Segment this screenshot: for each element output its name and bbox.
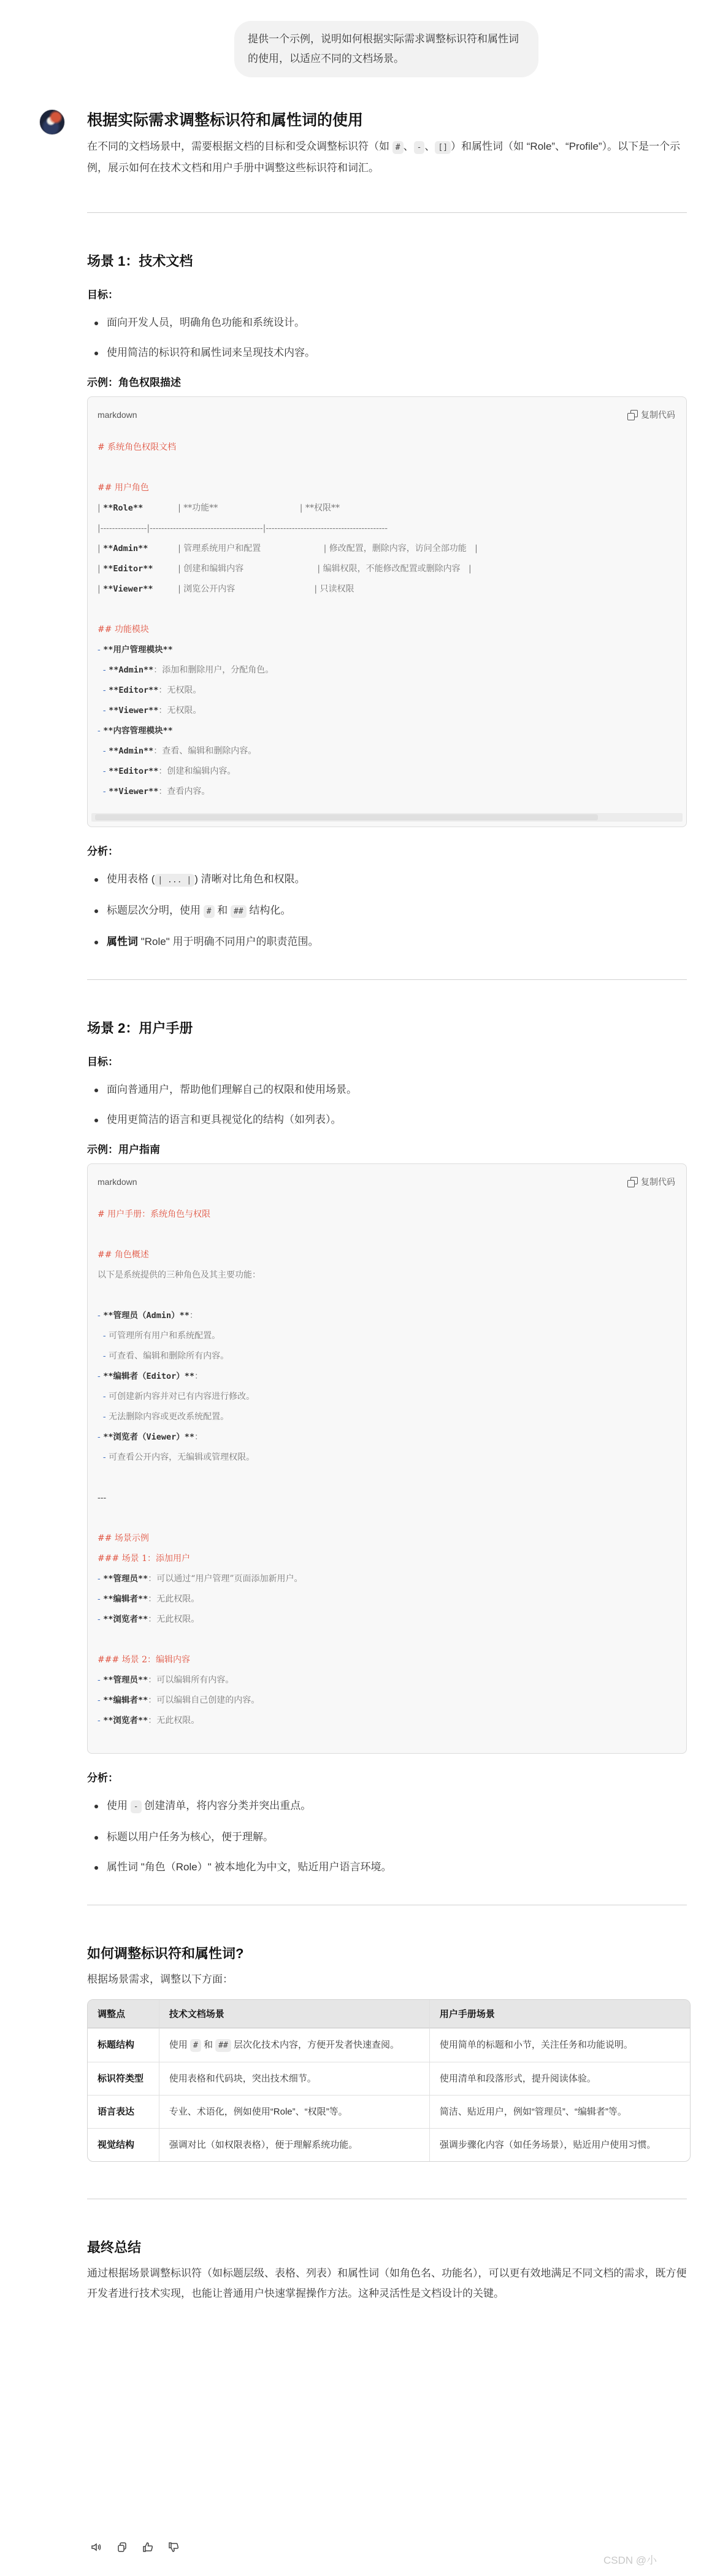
copy-icon — [116, 2541, 128, 2553]
code-line: - 可管理所有用户和系统配置。 — [98, 1326, 676, 1346]
code-line: # 系统角色权限文档 — [98, 438, 676, 458]
table-cell: 使用表格和代码块，突出技术细节。 — [159, 2062, 429, 2095]
list-item: 面向开发人员，明确角色功能和系统设计。 — [87, 312, 687, 333]
divider — [87, 212, 687, 213]
table-cell: 视觉结构 — [88, 2128, 159, 2161]
intro-sep: 、 — [424, 141, 435, 152]
inline-code: | ... | — [155, 874, 194, 887]
list-item: 使用更简洁的语言和更具视觉化的结构（如列表）。 — [87, 1109, 687, 1130]
table-row: 标题结构 使用 # 和 ## 层次化技术内容，方便开发者快速查阅。 使用简单的标… — [88, 2028, 690, 2062]
code-line: ## 场景示例 — [98, 1529, 676, 1549]
code-line: - 无法删除内容或更改系统配置。 — [98, 1407, 676, 1427]
code-line — [98, 1286, 676, 1306]
table-cell: 使用简单的标题和小节，关注任务和功能说明。 — [429, 2028, 690, 2062]
code-line: - **浏览者**：无此权限。 — [98, 1711, 676, 1731]
text: 使用表格 ( — [107, 873, 155, 885]
summary-section: 最终总结 通过根据场景调整标识符（如标题层级、表格、列表）和属性词（如角色名、功… — [87, 2237, 687, 2304]
code-line: | **Editor** | 创建和编辑内容 | 编辑权限，不能修改配置或删除内… — [98, 559, 676, 579]
copy-button[interactable] — [115, 2540, 129, 2554]
speaker-icon — [90, 2541, 102, 2553]
inline-code: # — [190, 2039, 201, 2052]
code-line — [98, 1225, 676, 1245]
adjust-intro: 根据场景需求，调整以下方面： — [87, 1969, 687, 1989]
divider — [87, 2199, 687, 2199]
code-block-header: markdown 复制代码 — [88, 397, 686, 433]
column-header: 用户手册场景 — [429, 2000, 690, 2028]
list-item: 使用 - 创建清单，将内容分类并突出重点。 — [87, 1795, 687, 1818]
answer-intro: 在不同的文档场景中，需要根据文档的目标和受众调整标识符（如 #、-、[]）和属性… — [87, 136, 687, 178]
scenario-2-section: 场景 2：用户手册 目标： 面向普通用户，帮助他们理解自己的权限和使用场景。 使… — [87, 1018, 687, 1878]
adjust-heading: 如何调整标识符和属性词? — [87, 1943, 687, 1964]
code-line: - **内容管理模块** — [98, 721, 676, 741]
read-aloud-button[interactable] — [90, 2540, 103, 2554]
inline-code: - — [414, 141, 425, 154]
intro-sep: 、 — [404, 141, 414, 152]
text: 层次化技术内容，方便开发者快速查阅。 — [231, 2040, 399, 2050]
table-row: 语言表达 专业、术语化，例如使用“Role”、“权限”等。 简洁、贴近用户，例如… — [88, 2095, 690, 2128]
message-actions — [90, 2540, 180, 2554]
code-line: - 可查看公开内容，无编辑或管理权限。 — [98, 1448, 676, 1468]
code-line: - **浏览者**：无此权限。 — [98, 1610, 676, 1630]
list-item: 属性词 "角色（Role）" 被本地化为中文，贴近用户语言环境。 — [87, 1857, 687, 1878]
code-line: - 可查看、编辑和删除所有内容。 — [98, 1346, 676, 1367]
code-line: ### 场景 2：编辑内容 — [98, 1650, 676, 1670]
table-cell: 简洁、贴近用户，例如“管理员”、“编辑者”等。 — [429, 2095, 690, 2128]
goal-label: 目标： — [87, 287, 687, 304]
thumbs-down-icon — [167, 2541, 180, 2553]
code-language-label: markdown — [98, 1177, 137, 1187]
code-line: - 可创建新内容并对已有内容进行修改。 — [98, 1387, 676, 1407]
analysis-list: 使用 - 创建清单，将内容分类并突出重点。 标题以用户任务为核心，便于理解。 属… — [87, 1795, 687, 1878]
table-cell: 标识符类型 — [88, 2062, 159, 2095]
divider — [87, 979, 687, 980]
code-line: - **浏览者（Viewer）**： — [98, 1427, 676, 1448]
code-line — [98, 458, 676, 478]
copy-code-label: 复制代码 — [641, 1176, 675, 1188]
watermark: CSDN @小 — [603, 2551, 657, 2567]
text: 使用 — [107, 1800, 131, 1811]
code-line: | **Viewer** | 浏览公开内容 | 只读权限 — [98, 579, 676, 600]
text: 使用 — [169, 2040, 190, 2050]
text: ) 清晰对比角色和权限。 — [194, 873, 305, 885]
list-item: 标题以用户任务为核心，便于理解。 — [87, 1827, 687, 1848]
code-line: ## 角色概述 — [98, 1245, 676, 1265]
code-line: --- — [98, 1488, 676, 1508]
code-line: - **Viewer**：无权限。 — [98, 701, 676, 721]
example-label: 示例：用户指南 — [87, 1141, 687, 1159]
code-line: ## 用户角色 — [98, 478, 676, 498]
summary-text: 通过根据场景调整标识符（如标题层级、表格、列表）和属性词（如角色名、功能名），可… — [87, 2263, 687, 2304]
list-item: 使用表格 (| ... |) 清晰对比角色和权限。 — [87, 869, 687, 891]
code-line — [98, 600, 676, 620]
code-line: - **Editor**：创建和编辑内容。 — [98, 762, 676, 782]
divider — [87, 1905, 687, 1905]
comparison-table: 调整点 技术文档场景 用户手册场景 标题结构 使用 # 和 ## 层次化技术内容… — [87, 1999, 691, 2162]
code-line: - **Admin**：查看、编辑和删除内容。 — [98, 741, 676, 762]
copy-code-label: 复制代码 — [641, 409, 675, 421]
copy-code-button[interactable]: 复制代码 — [627, 409, 675, 421]
inline-code: # — [204, 905, 215, 918]
analysis-label: 分析： — [87, 1770, 687, 1787]
code-line: 以下是系统提供的三种角色及其主要功能： — [98, 1265, 676, 1286]
code-block-header: markdown 复制代码 — [88, 1164, 686, 1200]
intro-text: 在不同的文档场景中，需要根据文档的目标和受众调整标识符（如 — [87, 141, 392, 152]
goal-list: 面向普通用户，帮助他们理解自己的权限和使用场景。 使用更简洁的语言和更具视觉化的… — [87, 1079, 687, 1130]
code-line: - **Admin**：添加和删除用户，分配角色。 — [98, 660, 676, 681]
scenario-1-section: 场景 1：技术文档 目标： 面向开发人员，明确角色功能和系统设计。 使用简洁的标… — [87, 251, 687, 952]
scenario-2-heading: 场景 2：用户手册 — [87, 1018, 687, 1039]
code-line: - **管理员**：可以通过“用户管理”页面添加新用户。 — [98, 1569, 676, 1589]
code-block: markdown 复制代码 # 系统角色权限文档## 用户角色| **Role*… — [87, 396, 687, 827]
copy-code-button[interactable]: 复制代码 — [627, 1176, 675, 1188]
copy-icon — [627, 410, 637, 420]
list-item: 属性词 "Role" 用于明确不同用户的职责范围。 — [87, 931, 687, 952]
analysis-list: 使用表格 (| ... |) 清晰对比角色和权限。 标题层次分明，使用 # 和 … — [87, 869, 687, 952]
bold-text: 属性词 — [107, 936, 138, 947]
code-line: - **编辑者（Editor）**： — [98, 1367, 676, 1387]
analysis-label: 分析： — [87, 843, 687, 860]
assistant-answer: 根据实际需求调整标识符和属性词的使用 在不同的文档场景中，需要根据文档的目标和受… — [87, 108, 687, 2304]
horizontal-scrollbar[interactable] — [91, 813, 683, 822]
scenario-1-heading: 场景 1：技术文档 — [87, 251, 687, 272]
code-line — [98, 1630, 676, 1650]
code-line: # 用户手册：系统角色与权限 — [98, 1205, 676, 1225]
text: "Role" 用于明确不同用户的职责范围。 — [138, 936, 318, 947]
table-cell: 强调步骤化内容（如任务场景），贴近用户使用习惯。 — [429, 2128, 690, 2161]
code-line: - **用户管理模块** — [98, 640, 676, 660]
text: 结构化。 — [247, 904, 291, 916]
code-line: |----------------|----------------------… — [98, 519, 676, 539]
text: 和 — [215, 904, 231, 916]
code-line: | **Admin** | 管理系统用户和配置 | 修改配置，删除内容，访问全部… — [98, 539, 676, 559]
code-content: # 用户手册：系统角色与权限## 角色概述以下是系统提供的三种角色及其主要功能：… — [88, 1200, 686, 1753]
code-language-label: markdown — [98, 410, 137, 420]
list-item: 使用简洁的标识符和属性词来呈现技术内容。 — [87, 342, 687, 363]
text: 和 — [201, 2040, 215, 2050]
adjust-section: 如何调整标识符和属性词? 根据场景需求，调整以下方面： 调整点 技术文档场景 用… — [87, 1943, 687, 2162]
text: 标题层次分明，使用 — [107, 904, 204, 916]
table-row: 视觉结构 强调对比（如权限表格），便于理解系统功能。 强调步骤化内容（如任务场景… — [88, 2128, 690, 2161]
table-cell: 使用清单和段落形式，提升阅读体验。 — [429, 2062, 690, 2095]
code-line — [98, 1508, 676, 1529]
goal-list: 面向开发人员，明确角色功能和系统设计。 使用简洁的标识符和属性词来呈现技术内容。 — [87, 312, 687, 363]
assistant-avatar — [39, 109, 65, 135]
text: 创建清单，将内容分类并突出重点。 — [142, 1800, 312, 1811]
table-cell: 语言表达 — [88, 2095, 159, 2128]
inline-code: [] — [435, 141, 451, 154]
column-header: 技术文档场景 — [159, 2000, 429, 2028]
code-line: ## 功能模块 — [98, 620, 676, 640]
code-line: - **编辑者**：可以编辑自己创建的内容。 — [98, 1691, 676, 1711]
table-cell: 标题结构 — [88, 2028, 159, 2062]
table-cell: 使用 # 和 ## 层次化技术内容，方便开发者快速查阅。 — [159, 2028, 429, 2062]
code-line: - **管理员（Admin）**： — [98, 1306, 676, 1326]
code-line: - **Editor**：无权限。 — [98, 681, 676, 701]
code-line: | **Role** | **功能** | **权限** — [98, 498, 676, 519]
scrollbar-thumb[interactable] — [95, 814, 598, 820]
list-item: 面向普通用户，帮助他们理解自己的权限和使用场景。 — [87, 1079, 687, 1100]
dislike-button[interactable] — [167, 2540, 180, 2554]
answer-title: 根据实际需求调整标识符和属性词的使用 — [87, 108, 687, 133]
table-cell: 专业、术语化，例如使用“Role”、“权限”等。 — [159, 2095, 429, 2128]
copy-icon — [627, 1177, 637, 1187]
user-message-text: 提供一个示例，说明如何根据实际需求调整标识符和属性词的使用，以适应不同的文档场景… — [248, 33, 519, 64]
table-header-row: 调整点 技术文档场景 用户手册场景 — [88, 2000, 690, 2028]
summary-heading: 最终总结 — [87, 2237, 687, 2258]
code-content: # 系统角色权限文档## 用户角色| **Role** | **功能** | *… — [88, 433, 686, 813]
table-cell: 强调对比（如权限表格），便于理解系统功能。 — [159, 2128, 429, 2161]
code-line — [98, 1468, 676, 1488]
code-line: - **管理员**：可以编辑所有内容。 — [98, 1670, 676, 1691]
inline-code: - — [131, 1800, 142, 1813]
example-label: 示例：角色权限描述 — [87, 374, 687, 391]
column-header: 调整点 — [88, 2000, 159, 2028]
code-line: - **Viewer**：查看内容。 — [98, 782, 676, 802]
thumbs-up-icon — [142, 2541, 154, 2553]
like-button[interactable] — [141, 2540, 155, 2554]
user-message-bubble: 提供一个示例，说明如何根据实际需求调整标识符和属性词的使用，以适应不同的文档场景… — [234, 21, 538, 77]
code-block: markdown 复制代码 # 用户手册：系统角色与权限## 角色概述以下是系统… — [87, 1163, 687, 1754]
table-row: 标识符类型 使用表格和代码块，突出技术细节。 使用清单和段落形式，提升阅读体验。 — [88, 2062, 690, 2095]
list-item: 标题层次分明，使用 # 和 ## 结构化。 — [87, 900, 687, 922]
code-line: ### 场景 1：添加用户 — [98, 1549, 676, 1569]
inline-code: ## — [231, 905, 247, 918]
inline-code: ## — [215, 2039, 231, 2052]
code-line: - **编辑者**：无此权限。 — [98, 1589, 676, 1610]
inline-code: # — [392, 141, 404, 154]
goal-label: 目标： — [87, 1054, 687, 1071]
